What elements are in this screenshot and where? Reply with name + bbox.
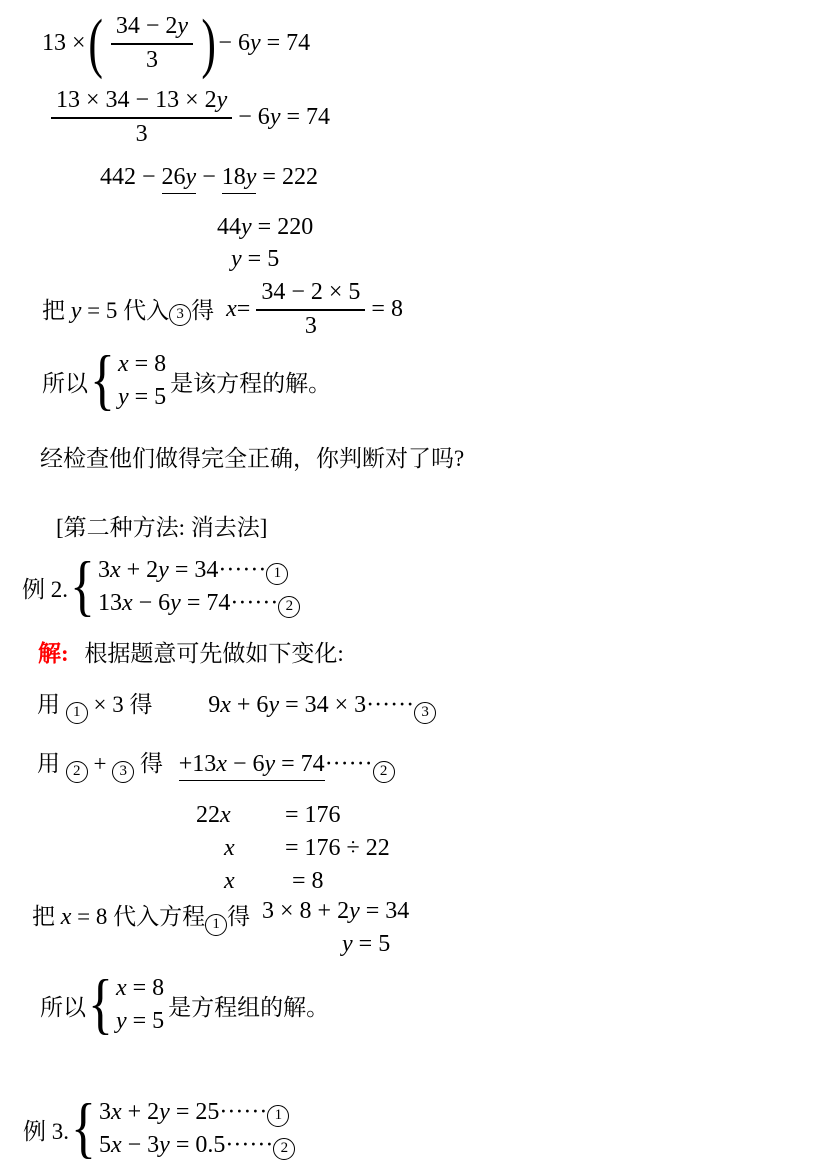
step-add-line: 用 2 + 3 得 +13x − 6y = 74······2 [37, 745, 395, 783]
example-3-label: 例 3. [23, 1113, 69, 1146]
system-brace: { [88, 971, 113, 1039]
circled-1: 1 [267, 1105, 289, 1127]
step-multiply-line: 用 1 × 3 得 9x + 6y = 34 × 3······3 [37, 686, 436, 724]
solution-note: 根据题意可先做如下变化: [84, 641, 343, 666]
eq-y-result-line: y = 5 [342, 931, 390, 958]
eq-44y-line: 44y = 220 [217, 214, 313, 241]
solution-label: 解: [38, 641, 69, 666]
example-3-system: 例 3. { 3x + 2y = 25······1 5x − 3y = 0.5… [23, 1094, 295, 1164]
circled-3: 3 [414, 702, 436, 724]
system-brace: { [90, 347, 115, 415]
substitute-x-line: 把 x = 8 代入方程1得 3 × 8 + 2y = 34 [0, 898, 824, 930]
check-note-line: 经检查他们做得完全正确，你判断对了吗? [40, 440, 464, 473]
example-2-label: 例 2. [22, 571, 68, 604]
underlined-term: 26y [162, 164, 197, 194]
eq-tail: − 6y = 74 [218, 30, 310, 57]
circled-1: 1 [205, 914, 227, 936]
fraction: 34 − 2y 3 [111, 13, 193, 74]
system-brace: { [70, 553, 95, 621]
eq-x-value-line: x = 8 [0, 868, 824, 900]
therefore-text: 所以 [40, 989, 86, 1022]
system-eq-2: 5x − 3y = 0.5······2 [99, 1129, 295, 1162]
circled-2: 2 [278, 596, 300, 618]
right-paren: ) [201, 10, 216, 77]
circled-1: 1 [66, 702, 88, 724]
eq-22x-line: 22x = 176 [0, 802, 824, 834]
left-paren: ( [88, 10, 103, 77]
eq-tail: − 6y = 74 [238, 104, 330, 131]
circled-3: 3 [112, 761, 134, 783]
step-equation: 9x + 6y = 34 × 3······3 [208, 692, 436, 718]
conclusion-text: 是方程组的解。 [168, 989, 329, 1022]
eq-lead: 13 × [42, 30, 86, 57]
therefore-text: 所以 [42, 365, 88, 398]
math-worksheet-page: 13 × ( 34 − 2y 3 ) − 6y = 74 13 × 34 − 1… [0, 0, 824, 1168]
circled-2: 2 [373, 761, 395, 783]
system-eq-2: 13x − 6y = 74······2 [98, 587, 300, 620]
substitute-text: 把 y = 5 代入3得 [42, 292, 214, 326]
eq-y-value-line: y = 5 [231, 246, 279, 273]
eq-substituted-line: 13 × ( 34 − 2y 3 ) − 6y = 74 [42, 6, 310, 80]
system-eq-1: 3x + 2y = 34······1 [98, 554, 300, 587]
step-equation: +13x − 6y = 74······2 [179, 751, 395, 777]
substitute-y-line: 把 y = 5 代入3得 x = 34 − 2 × 5 3 = 8 [42, 276, 403, 342]
system-brace: { [71, 1095, 96, 1163]
equation-system: 3x + 2y = 34······1 13x − 6y = 74······2 [98, 554, 300, 620]
fraction: 34 − 2 × 5 3 [256, 279, 365, 340]
fraction: 13 × 34 − 13 × 2y 3 [51, 87, 232, 148]
circled-3: 3 [169, 304, 191, 326]
circled-1: 1 [266, 563, 288, 585]
solution-conclusion-line: 所以 { x = 8 y = 5 是该方程的解。 [42, 348, 331, 414]
example-2-system: 例 2. { 3x + 2y = 34······1 13x − 6y = 74… [22, 554, 300, 620]
solution-label-line: 解: 根据题意可先做如下变化: [38, 635, 344, 668]
method-2-header: [第二种方法: 消去法] [56, 509, 267, 542]
eq-expanded-fraction-line: 13 × 34 − 13 × 2y 3 − 6y = 74 [45, 80, 330, 154]
solution-pair: x = 8 y = 5 [118, 348, 166, 414]
underlined-term: +13x − 6y = 74 [179, 751, 325, 781]
circled-2: 2 [273, 1138, 295, 1160]
solution-pair: x = 8 y = 5 [116, 972, 164, 1038]
circled-2: 2 [66, 761, 88, 783]
system-solution-conclusion: 所以 { x = 8 y = 5 是方程组的解。 [40, 972, 329, 1038]
conclusion-text: 是该方程的解。 [170, 365, 331, 398]
underlined-term: 18y [222, 164, 257, 194]
system-eq-1: 3x + 2y = 25······1 [99, 1096, 295, 1129]
equation-system: 3x + 2y = 25······1 5x − 3y = 0.5······2 [99, 1096, 295, 1162]
eq-combined-terms-line: 442 − 26y − 18y = 222 [100, 164, 318, 191]
eq-x-division-line: x = 176 ÷ 22 [0, 835, 824, 867]
